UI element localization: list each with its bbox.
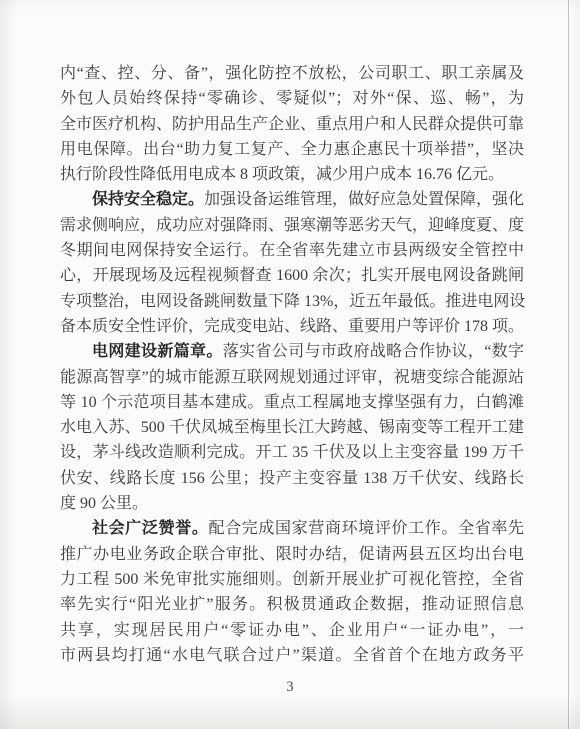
text-line: 市两县均打通“水电气联合过户”渠道。全省首个在地方政务平 — [60, 643, 524, 668]
scan-page-edge — [568, 0, 569, 729]
text-line: 全市医疗机构、防护用品生产企业、重点用户和人民群众提供可靠 — [60, 112, 524, 137]
section-heading-safety: 保持安全稳定。 — [92, 191, 204, 208]
text-run: 配合完成国家营商环境评价工作。全省率先 — [208, 520, 524, 537]
text-line: 度 90 公里。 — [60, 491, 524, 516]
text-line: 电网建设新篇章。落实省公司与市政府战略合作协议，“数字 — [60, 339, 524, 364]
text-line: 能源高智享”的城市能源互联网规划通过评审，祝塘变综合能源站 — [60, 365, 524, 390]
document-body: 内“查、控、分、备”，强化防控不放松，公司职工、职工亲属及 外包人员始终保持“零… — [60, 61, 524, 668]
text-line: 需求侧响应，成功应对强降雨、强寒潮等恶劣天气，迎峰度夏、度 — [60, 213, 524, 238]
text-run: 加强设备运维管理，做好应急处置保障，强化 — [204, 191, 524, 208]
paragraph-grid-construction: 电网建设新篇章。落实省公司与市政府战略合作协议，“数字 能源高智享”的城市能源互… — [60, 339, 524, 516]
text-line: 专项整治，电网设备跳闸数量下降 13%，近五年最低。推进电网设 — [60, 289, 524, 314]
text-line: 外包人员始终保持“零确诊、零疑似”；对外“保、巡、畅”，为 — [60, 86, 524, 111]
text-line: 用电保障。出台“助力复工复产、全力惠企惠民十项举措”，坚决 — [60, 137, 524, 162]
text-line: 执行阶段性降低用电成本 8 项政策，减少用户成本 16.76 亿元。 — [60, 162, 524, 187]
text-line: 冬期间电网保持安全运行。在全省率先建立市县两级安全管控中 — [60, 238, 524, 263]
paragraph-social-praise: 社会广泛赞誉。配合完成国家营商环境评价工作。全省率先 推广办电业务政企联合审批、… — [60, 516, 524, 668]
text-line: 内“查、控、分、备”，强化防控不放松，公司职工、职工亲属及 — [60, 61, 524, 86]
text-line: 心，开展现场及远程视频督查 1600 余次；扎实开展电网设备跳闸 — [60, 263, 524, 288]
section-heading-praise: 社会广泛赞誉。 — [92, 520, 208, 537]
text-line: 备本质安全性评价，完成变电站、线路、重要用户等评价 178 项。 — [60, 314, 524, 339]
text-line: 共享，实现居民用户“零证办电”、企业用户“一证办电”，一 — [60, 618, 524, 643]
text-line: 推广办电业务政企联合审批、限时办结，促请两县五区均出台电 — [60, 542, 524, 567]
paragraph-safety-stability: 保持安全稳定。加强设备运维管理，做好应急处置保障，强化 需求侧响应，成功应对强降… — [60, 187, 524, 339]
text-line: 设，茅斗线改造顺利完成。开工 35 千伏及以上主变容量 199 万千 — [60, 440, 524, 465]
text-line: 水电入苏、500 千伏凤城至梅里长江大跨越、锡南变等工程开工建 — [60, 415, 524, 440]
document-page: 内“查、控、分、备”，强化防控不放松，公司职工、职工亲属及 外包人员始终保持“零… — [0, 0, 580, 729]
text-line: 保持安全稳定。加强设备运维管理，做好应急处置保障，强化 — [60, 187, 524, 212]
section-heading-grid: 电网建设新篇章。 — [92, 343, 223, 360]
text-line: 率先实行“阳光业扩”服务。积极贯通政企数据，推动证照信息 — [60, 592, 524, 617]
paragraph-epidemic-power-supply: 内“查、控、分、备”，强化防控不放松，公司职工、职工亲属及 外包人员始终保持“零… — [60, 61, 524, 187]
text-line: 社会广泛赞誉。配合完成国家营商环境评价工作。全省率先 — [60, 516, 524, 541]
text-line: 等 10 个示范项目基本建成。重点工程属地支撑坚强有力，白鹤滩 — [60, 390, 524, 415]
text-line: 力工程 500 米免审批实施细则。创新开展业扩可视化管控，全省 — [60, 567, 524, 592]
text-run: 落实省公司与市政府战略合作协议，“数字 — [223, 343, 524, 360]
text-line: 伏安、线路长度 156 公里；投产主变容量 138 万千伏安、线路长 — [60, 466, 524, 491]
page-number: 3 — [0, 679, 580, 696]
